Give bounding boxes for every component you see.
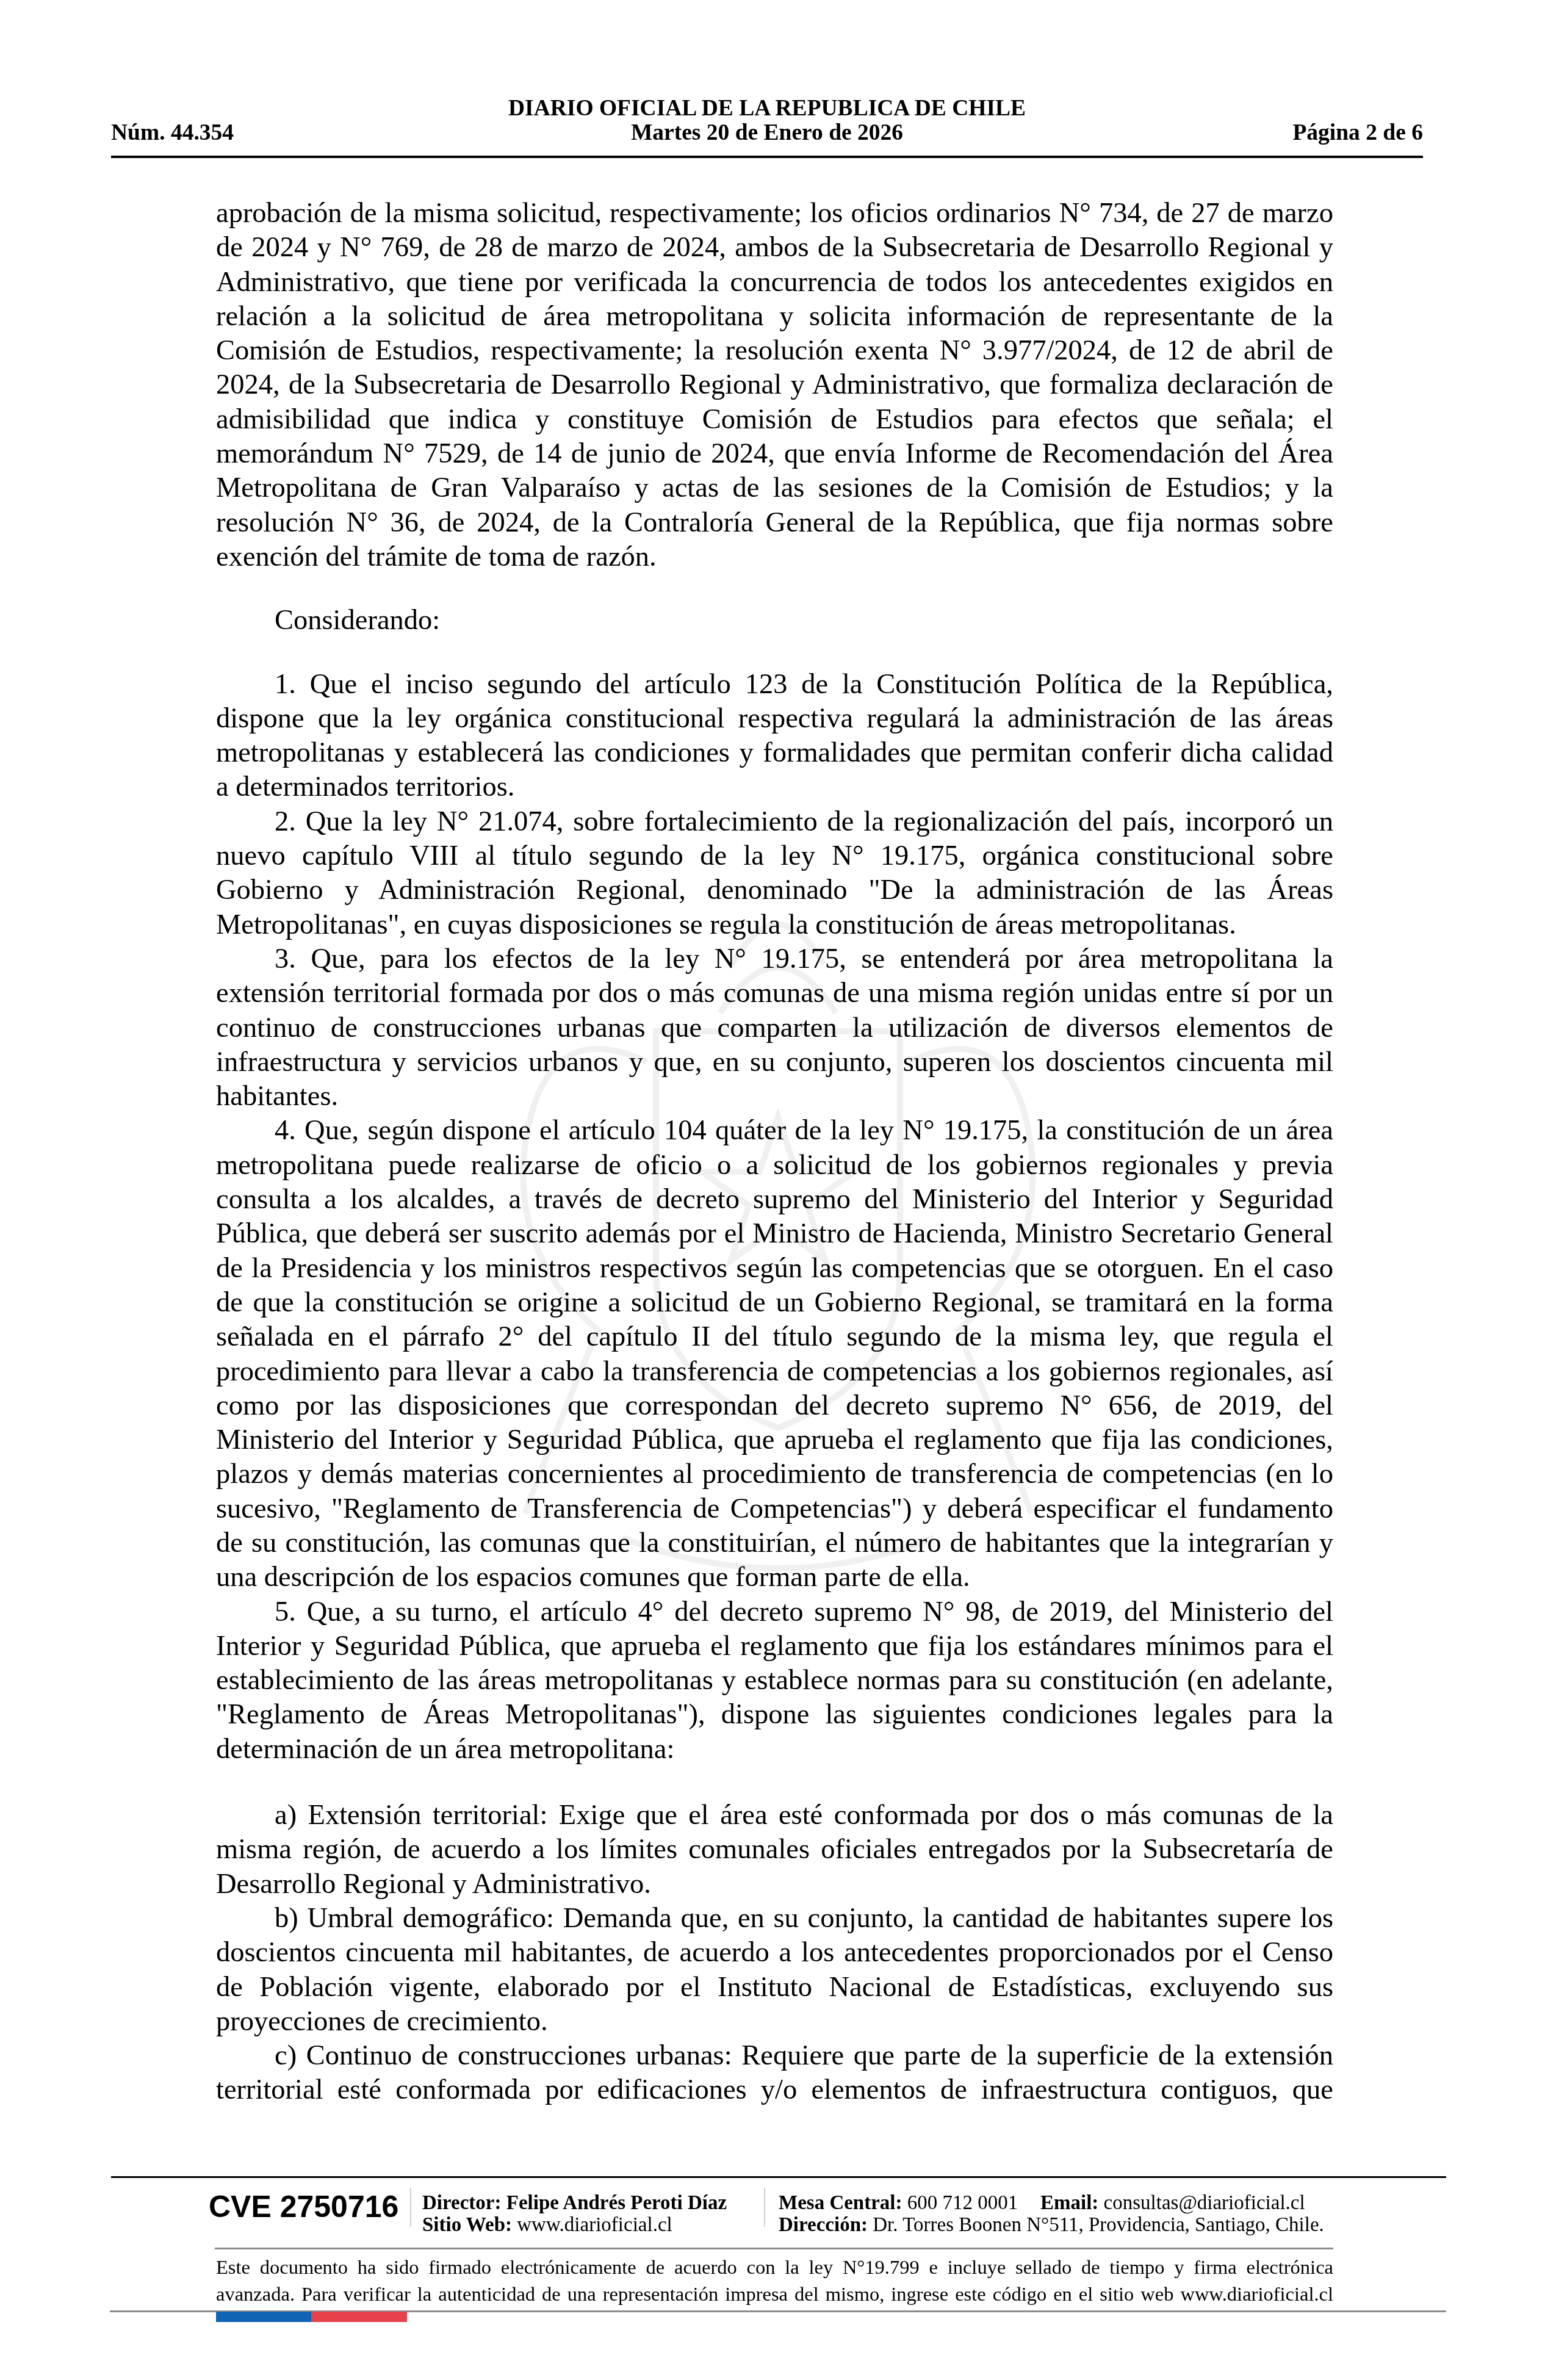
condition-b: b) Umbral demográfico: Demanda que, en s… [216, 1902, 1333, 2039]
address-value: Dr. Torres Boonen N°511, Providencia, Sa… [873, 2214, 1324, 2236]
consideration-5: 5. Que, a su turno, el artículo 4° del d… [216, 1595, 1333, 1767]
text-line: territorial esté conformada por edificac… [216, 2073, 1333, 2107]
intro-paragraph: aprobación de la misma solicitud, respec… [216, 197, 1333, 574]
phone-number: 600 712 0001 [907, 2192, 1018, 2214]
document-body: aprobación de la misma solicitud, respec… [216, 197, 1333, 2108]
condition-c: c) Continuo de construcciones urbanas: R… [216, 2039, 1333, 2108]
text-line: dispone que la ley orgánica constitucion… [216, 702, 1333, 736]
text-line: continuo de construcciones urbanas que c… [216, 1011, 1333, 1045]
footer-divider [764, 2188, 765, 2227]
text-line: de la Presidencia y los ministros respec… [216, 1252, 1333, 1286]
text-line: sucesivo, "Reglamento de Transferencia d… [216, 1492, 1333, 1526]
consideration-2: 2. Que la ley N° 21.074, sobre fortaleci… [216, 805, 1333, 942]
email-label: Email: [1040, 2192, 1098, 2214]
text-line: resolución N° 36, de 2024, de la Contral… [216, 506, 1333, 540]
text-line: 2024, de la Subsecretaria de Desarrollo … [216, 368, 1333, 402]
text-line: 1. Que el inciso segundo del artículo 12… [216, 668, 1333, 702]
considerando-heading: Considerando: [216, 604, 1333, 638]
text-line: de que la constitución se origine a soli… [216, 1286, 1333, 1320]
paragraph-spacer [216, 638, 1333, 668]
text-line: habitantes. [216, 1080, 1333, 1114]
text-line: nuevo capítulo VIII al título segundo de… [216, 839, 1333, 873]
website-line: Sitio Web:www.diarioficial.cl [422, 2214, 727, 2236]
text-line: 5. Que, a su turno, el artículo 4° del d… [216, 1595, 1333, 1629]
footer-rule-top [111, 2176, 1446, 2178]
paragraph-spacer [216, 1767, 1333, 1798]
flag-bar-blue [216, 2312, 311, 2322]
text-line: Metropolitanas", en cuyas disposiciones … [216, 908, 1333, 942]
text-line: 2. Que la ley N° 21.074, sobre fortaleci… [216, 805, 1333, 839]
header-info-row: Núm. 44.354 Martes 20 de Enero de 2026 P… [111, 120, 1423, 146]
footer-contact-block: Mesa Central:600 712 0001 Email:consulta… [779, 2192, 1324, 2236]
text-line: consulta a los alcaldes, a través de dec… [216, 1183, 1333, 1217]
flag-bar-red [311, 2312, 407, 2322]
cve-code: CVE 2750716 [209, 2191, 398, 2222]
text-line: proyecciones de crecimiento. [216, 2005, 1333, 2039]
website-url: www.diarioficial.cl [517, 2214, 672, 2236]
text-line: c) Continuo de construcciones urbanas: R… [216, 2039, 1333, 2073]
text-line: exención del trámite de toma de razón. [216, 540, 1333, 574]
text-line: b) Umbral demográfico: Demanda que, en s… [216, 1902, 1333, 1936]
text-line: Administrativo, que tiene por verificada… [216, 265, 1333, 300]
text-line: de Población vigente, elaborado por el I… [216, 1971, 1333, 2005]
text-line: procedimiento para llevar a cabo la tran… [216, 1355, 1333, 1389]
text-line: de 2024 y N° 769, de 28 de marzo de 2024… [216, 231, 1333, 265]
signature-disclaimer: Este documento ha sido firmado electróni… [216, 2254, 1333, 2308]
footer-divider [410, 2188, 411, 2227]
text-line: plazos y demás materias concernientes al… [216, 1457, 1333, 1491]
consideration-4: 4. Que, según dispone el artículo 104 qu… [216, 1114, 1333, 1595]
text-line: señalada en el párrafo 2° del capítulo I… [216, 1320, 1333, 1354]
text-line: determinación de un área metropolitana: [216, 1733, 1333, 1767]
text-line: 4. Que, según dispone el artículo 104 qu… [216, 1114, 1333, 1148]
text-line: memorándum N° 7529, de 14 de junio de 20… [216, 437, 1333, 471]
text-line: a) Extensión territorial: Exige que el á… [216, 1798, 1333, 1833]
text-line: establecimiento de las áreas metropolita… [216, 1664, 1333, 1698]
text-line: Interior y Seguridad Pública, que aprueb… [216, 1629, 1333, 1664]
address-line: Dirección:Dr. Torres Boonen N°511, Provi… [779, 2214, 1324, 2236]
text-line: metropolitanas y establecerá las condici… [216, 736, 1333, 770]
text-line: Metropolitana de Gran Valparaíso y actas… [216, 471, 1333, 505]
condition-a: a) Extensión territorial: Exige que el á… [216, 1798, 1333, 1902]
text-line: aprobación de la misma solicitud, respec… [216, 197, 1333, 231]
text-line: doscientos cincuenta mil habitantes, de … [216, 1936, 1333, 1970]
header-rule [111, 156, 1423, 158]
text-line: Desarrollo Regional y Administrativo. [216, 1867, 1333, 1902]
text-line: a determinados territorios. [216, 770, 1333, 804]
newspaper-title: DIARIO OFICIAL DE LA REPUBLICA DE CHILE [111, 95, 1423, 122]
email-group: Email:consultas@diarioficial.cl [1040, 2192, 1305, 2214]
email-address: consultas@diarioficial.cl [1104, 2192, 1305, 2214]
issue-date: Martes 20 de Enero de 2026 [111, 120, 1423, 146]
text-line: Ministerio del Interior y Seguridad Públ… [216, 1423, 1333, 1457]
phone-email-line: Mesa Central:600 712 0001 Email:consulta… [779, 2192, 1324, 2214]
text-line: misma región, de acuerdo a los límites c… [216, 1833, 1333, 1867]
text-line: "Reglamento de Áreas Metropolitanas"), d… [216, 1698, 1333, 1732]
website-label: Sitio Web: [422, 2214, 512, 2236]
text-line: Comisión de Estudios, respectivamente; l… [216, 334, 1333, 368]
disclaimer-line: avanzada. Para verificar la autenticidad… [216, 2281, 1333, 2308]
disclaimer-line: Este documento ha sido firmado electróni… [216, 2254, 1333, 2281]
consideration-1: 1. Que el inciso segundo del artículo 12… [216, 668, 1333, 805]
text-line: admisibilidad que indica y constituye Co… [216, 403, 1333, 437]
text-line: como por las disposiciones que correspon… [216, 1389, 1333, 1423]
text-line: 3. Que, para los efectos de la ley N° 19… [216, 942, 1333, 976]
address-label: Dirección: [779, 2214, 868, 2236]
phone-label: Mesa Central: [779, 2192, 902, 2214]
text-line: metropolitana puede realizarse de oficio… [216, 1149, 1333, 1183]
page-indicator: Página 2 de 6 [1292, 120, 1423, 146]
footer-rule-middle [215, 2248, 1333, 2249]
text-line: una descripción de los espacios comunes … [216, 1560, 1333, 1595]
text-line: de su constitución, las comunas que la c… [216, 1526, 1333, 1560]
text-line: infraestructura y servicios urbanos y qu… [216, 1045, 1333, 1080]
paragraph-spacer [216, 574, 1333, 604]
footer-director-block: Director:Felipe Andrés Peroti Díaz Sitio… [422, 2192, 727, 2236]
text-line: Pública, que deberá ser suscrito además … [216, 1217, 1333, 1251]
text-line: Gobierno y Administración Regional, deno… [216, 873, 1333, 907]
director-label: Director: [422, 2192, 501, 2214]
text-line: extensión territorial formada por dos o … [216, 976, 1333, 1011]
text-line: relación a la solicitud de área metropol… [216, 300, 1333, 334]
director-name: Felipe Andrés Peroti Díaz [506, 2192, 727, 2214]
director-line: Director:Felipe Andrés Peroti Díaz [422, 2192, 727, 2214]
consideration-3: 3. Que, para los efectos de la ley N° 19… [216, 942, 1333, 1114]
